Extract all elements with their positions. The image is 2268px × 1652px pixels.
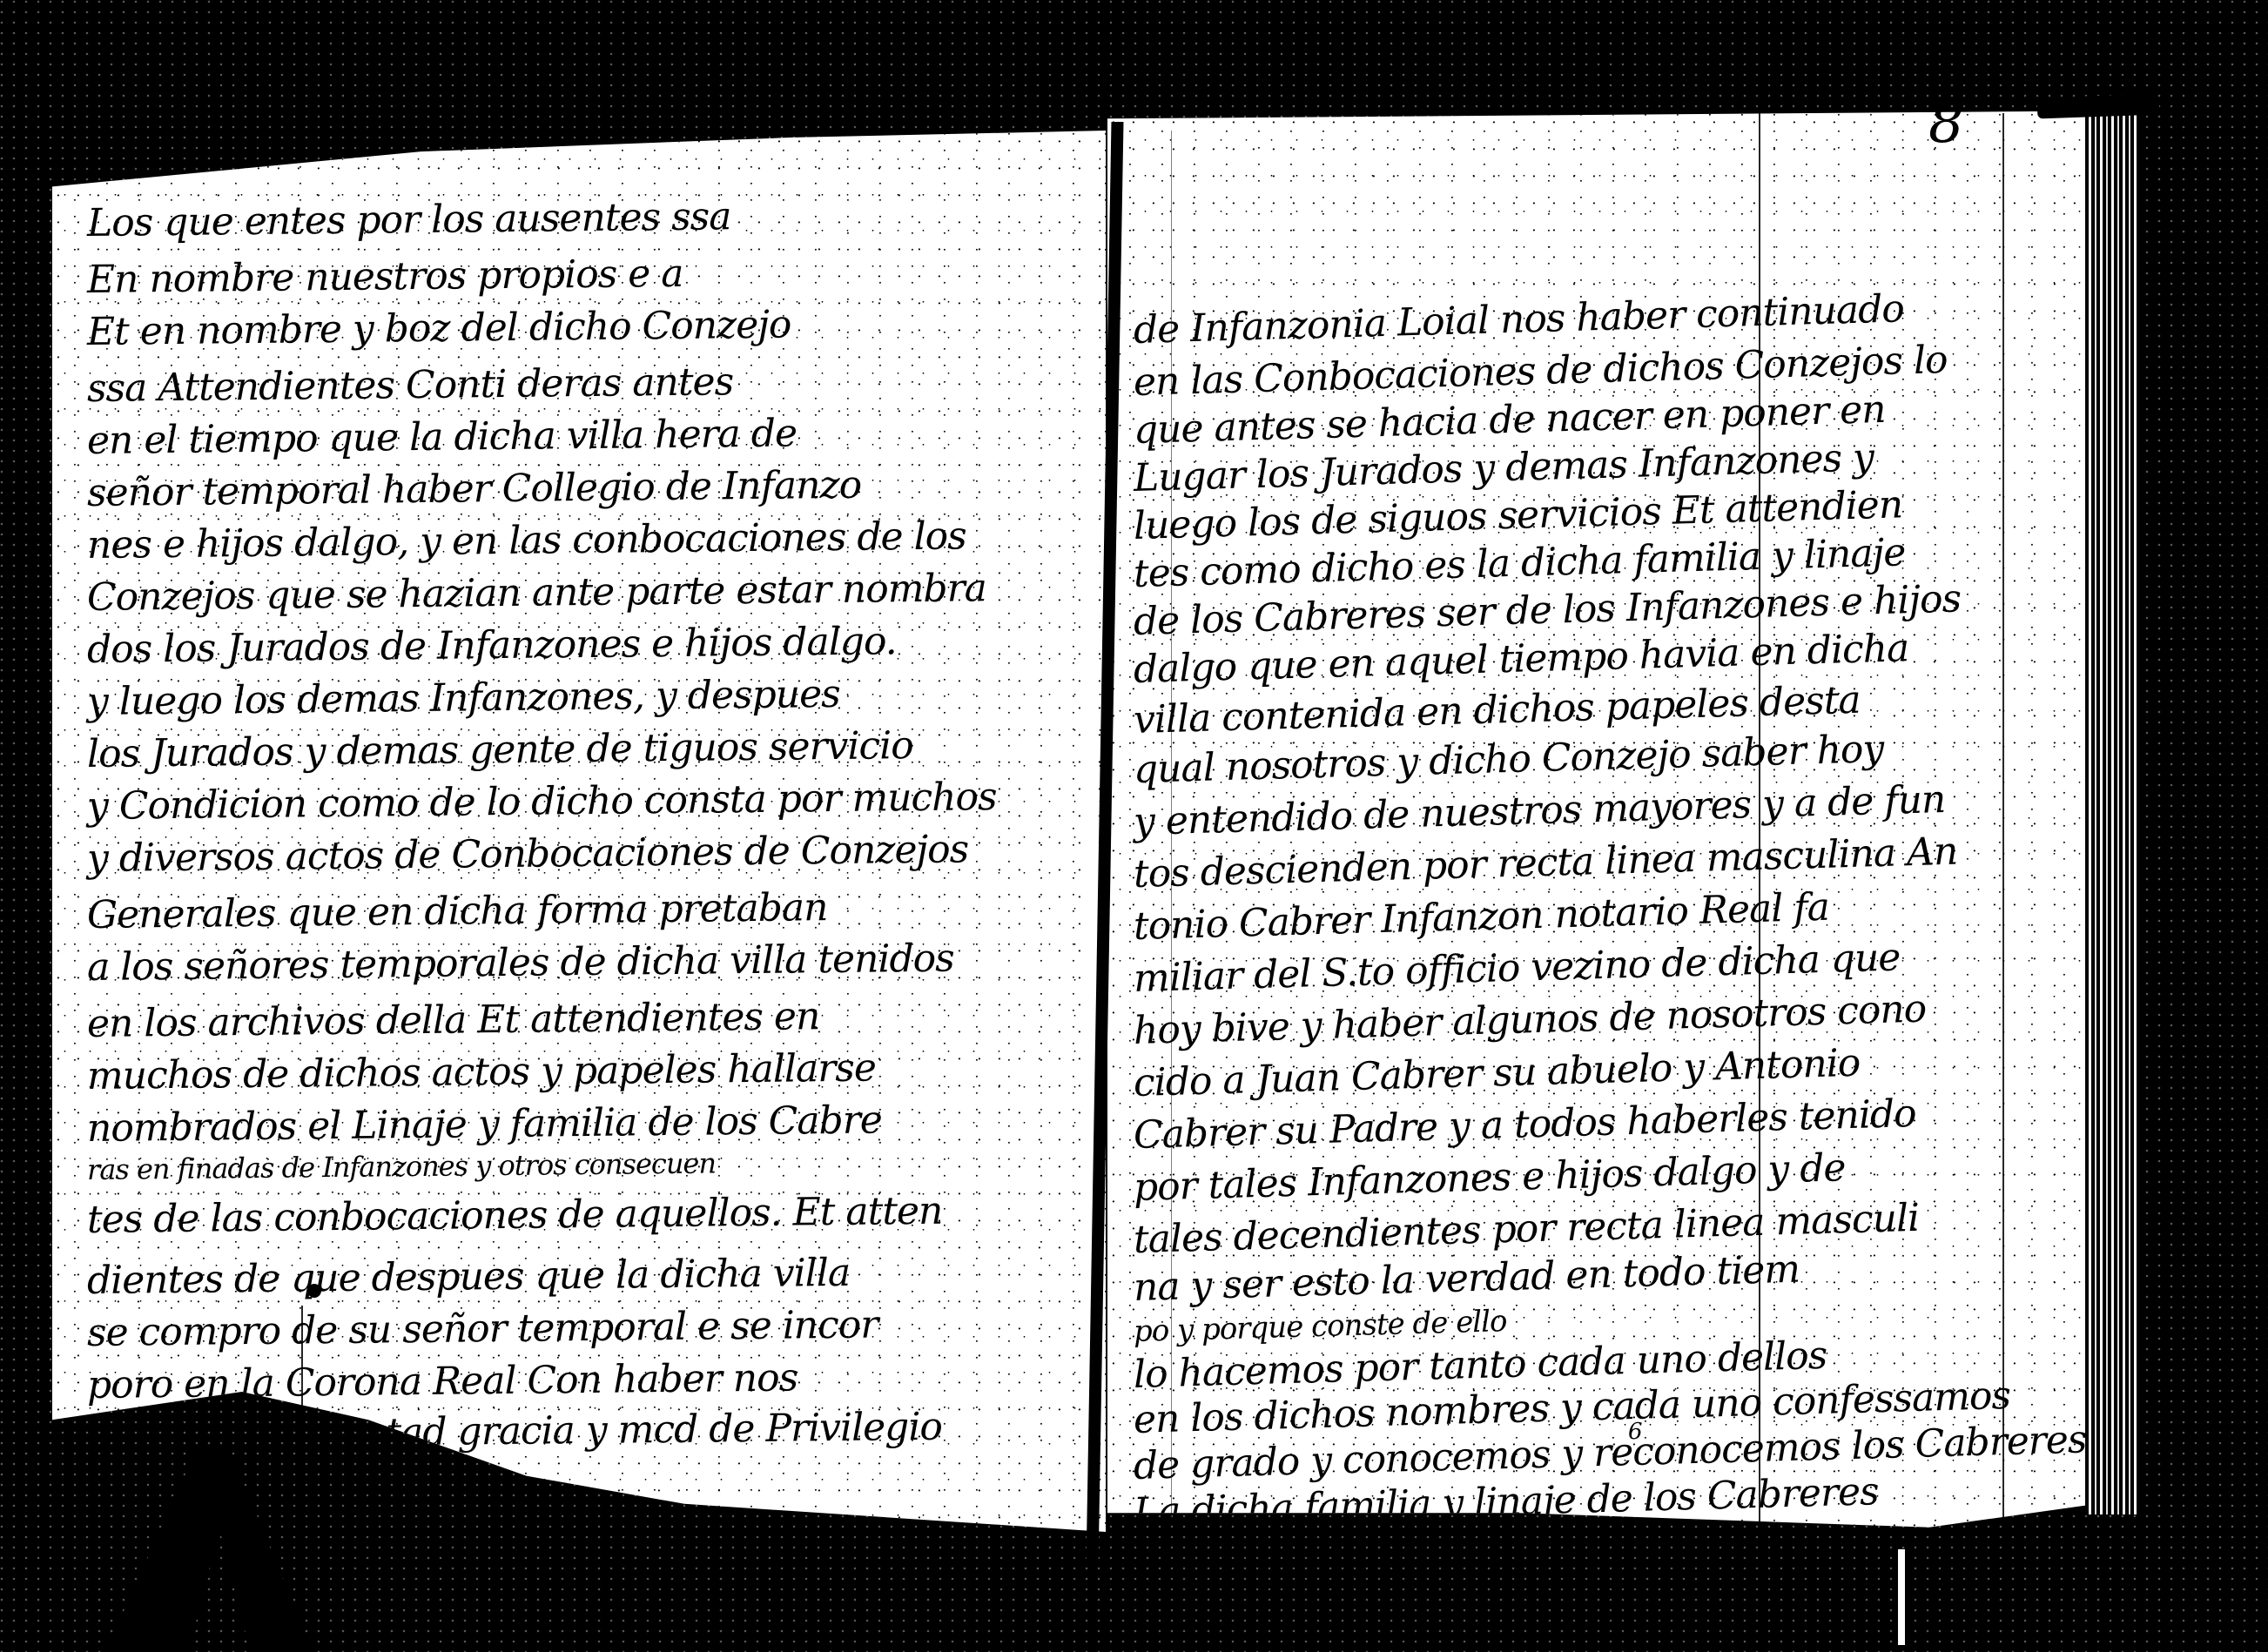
text-line: se compro de su señor temporal e se inco… <box>87 1306 878 1353</box>
text-line: Los que entes por los ausentes ssa <box>87 198 731 243</box>
text-line: en el tiempo que la dicha villa hera de <box>87 414 797 460</box>
page-edge-stack <box>2085 104 2137 1514</box>
text-line: ssa Attendientes Conti deras antes <box>87 363 734 408</box>
paper-tab-mark <box>2037 94 2160 119</box>
folio-number: 8 <box>1928 91 1964 156</box>
margin-rule-line <box>1171 131 1172 1523</box>
text-line: los Jurados y demas gente de tiguos serv… <box>87 727 913 774</box>
text-line: de Infanzonia Loial nos haber continuado <box>1133 290 1904 350</box>
text-line: y luego los demas Infanzones, y despues <box>87 675 840 722</box>
text-line: nombrados el Linaje y familia de los Cab… <box>87 1101 882 1148</box>
text-line: a los señores temporales de dicha villa … <box>87 940 954 987</box>
page-footer-mark: 6 <box>1628 1419 1643 1445</box>
text-line: tales decendientes por recta linea mascu… <box>1133 1199 1919 1259</box>
text-line: y Condicion como de lo dicho consta por … <box>87 778 997 826</box>
scanned-spread: Los que entes por los ausentes ssa En no… <box>0 0 2268 1652</box>
text-line: por tales Infanzones e hijos dalgo y de <box>1133 1149 1846 1207</box>
text-line: En nombre nuestros propios e a <box>87 255 683 299</box>
left-page: Los que entes por los ausentes ssa En no… <box>52 131 1106 1532</box>
text-line: cido a Juan Cabrer su abuelo y Antonio <box>1133 1044 1860 1103</box>
right-page-text: de Infanzonia Loial nos haber continuado… <box>1107 111 2135 1556</box>
text-line: tes de las conbocaciones de aquellos. Et… <box>87 1192 943 1239</box>
text-line: y diversos actos de Conbocaciones de Con… <box>87 830 969 878</box>
text-line-interlinear: ras en finadas de Infanzones y otros con… <box>87 1149 716 1184</box>
text-line: Conzejos que se hazian ante parte estar … <box>87 569 986 617</box>
text-line: tos descienden por recta linea masculina… <box>1133 833 1957 894</box>
text-line: Generales que en dicha forma pretaban <box>87 889 828 935</box>
text-line: nes e hijos dalgo, y en las conbocacione… <box>87 517 966 565</box>
ink-blot <box>307 1284 321 1298</box>
text-line: tonio Cabrer Infanzon notario Real fa <box>1133 889 1829 946</box>
margin-rule-line <box>1759 113 1760 1549</box>
text-line-interlinear: po y porque conste de ello <box>1134 1306 1507 1346</box>
text-line: señor temporal haber Collegio de Infanzo <box>87 467 862 513</box>
binding-string <box>1898 1549 1905 1645</box>
text-line: muchos de dichos actos y papeles hallars… <box>87 1050 876 1096</box>
torn-corner-shadow <box>104 1445 313 1652</box>
left-page-text: Los que entes por los ausentes ssa En no… <box>52 131 1106 1532</box>
right-page: de Infanzonia Loial nos haber continuado… <box>1107 111 2135 1556</box>
margin-rule-line <box>301 1306 303 1558</box>
margin-rule-line <box>2002 113 2004 1549</box>
text-line: dientes de que despues que la dicha vill… <box>87 1254 851 1300</box>
text-line: dos los Jurados de Infanzones e hijos da… <box>87 622 897 669</box>
text-line: poro en la Corona Real Con haber nos <box>87 1359 798 1405</box>
text-line: en los archivos della Et attendientes en <box>87 997 820 1044</box>
text-line: miliar del S.to officio vezino de dicha … <box>1133 938 1901 998</box>
text-line: Et en nombre y boz del dicho Conzejo <box>87 306 791 352</box>
